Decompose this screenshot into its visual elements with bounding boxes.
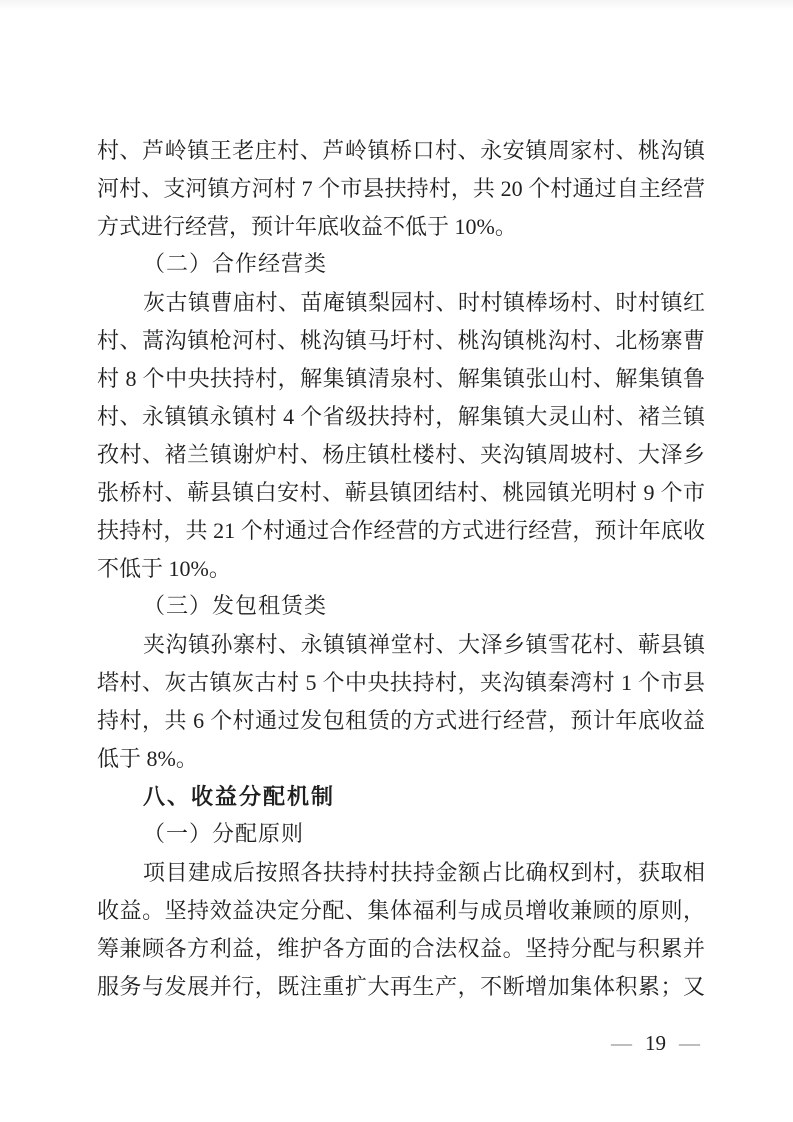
heading-section-8: 八、收益分配机制 <box>97 778 705 816</box>
document-text-block: 村、芦岭镇王老庄村、芦岭镇桥口村、永安镇周家村、桃沟镇滩 河村、支河镇方河村 7… <box>97 132 705 1006</box>
page-number-dash-right: — <box>679 1029 700 1057</box>
subheading-section-3: （三）发包租赁类 <box>97 588 705 626</box>
body-text-line: 村、永镇镇永镇村 4 个省级扶持村，解集镇大灵山村、褚兰镇岗 <box>97 398 705 436</box>
body-text-line: 方式进行经营，预计年底收益不低于 10%。 <box>97 208 705 246</box>
body-text-line: 服务与发展并行，既注重扩大再生产，不断增加集体积累；又兼 <box>97 968 705 1006</box>
body-text-line: 夹沟镇孙寨村、永镇镇禅堂村、大泽乡镇雪花村、蕲县镇灯 <box>97 626 705 664</box>
body-text-line: 扶持村，共 21 个村通过合作经营的方式进行经营，预计年底收益 <box>97 512 705 550</box>
subheading-section-2: （二）合作经营类 <box>97 246 705 284</box>
body-text-line: 项目建成后按照各扶持村扶持金额占比确权到村，获取相应 <box>97 854 705 892</box>
body-text-line: 村、芦岭镇王老庄村、芦岭镇桥口村、永安镇周家村、桃沟镇滩 <box>97 132 705 170</box>
body-text-line: 孜村、褚兰镇谢炉村、杨庄镇杜楼村、夹沟镇周坡村、大泽乡镇 <box>97 436 705 474</box>
body-text-line: 村、蒿沟镇枪河村、桃沟镇马圩村、桃沟镇桃沟村、北杨寨曹坊 <box>97 322 705 360</box>
body-text-line: 塔村、灰古镇灰古村 5 个中央扶持村，夹沟镇秦湾村 1 个市县扶 <box>97 664 705 702</box>
subheading-8-1: （一）分配原则 <box>97 816 705 854</box>
body-text-line: 筹兼顾各方利益，维护各方面的合法权益。坚持分配与积累并重， <box>97 930 705 968</box>
body-text-line: 张桥村、蕲县镇白安村、蕲县镇团结村、桃园镇光明村 9 个市县 <box>97 474 705 512</box>
body-text-line: 灰古镇曹庙村、苗庵镇梨园村、时村镇棒场村、时村镇红旗 <box>97 284 705 322</box>
body-text-line: 收益。坚持效益决定分配、集体福利与成员增收兼顾的原则，统 <box>97 892 705 930</box>
document-page: 村、芦岭镇王老庄村、芦岭镇桥口村、永安镇周家村、桃沟镇滩 河村、支河镇方河村 7… <box>0 0 793 1122</box>
body-text-line: 不低于 10%。 <box>97 550 705 588</box>
page-number-value: 19 <box>645 1029 666 1057</box>
body-text-line: 持村，共 6 个村通过发包租赁的方式进行经营，预计年底收益不 <box>97 702 705 740</box>
body-text-line: 村 8 个中央扶持村，解集镇清泉村、解集镇张山村、解集镇鲁营 <box>97 360 705 398</box>
body-text-line: 河村、支河镇方河村 7 个市县扶持村，共 20 个村通过自主经营的 <box>97 170 705 208</box>
page-number: — 19 — <box>611 1029 700 1057</box>
page-number-dash-left: — <box>611 1029 632 1057</box>
scan-edge-artifact <box>0 0 793 10</box>
body-text-line: 低于 8%。 <box>97 740 705 778</box>
